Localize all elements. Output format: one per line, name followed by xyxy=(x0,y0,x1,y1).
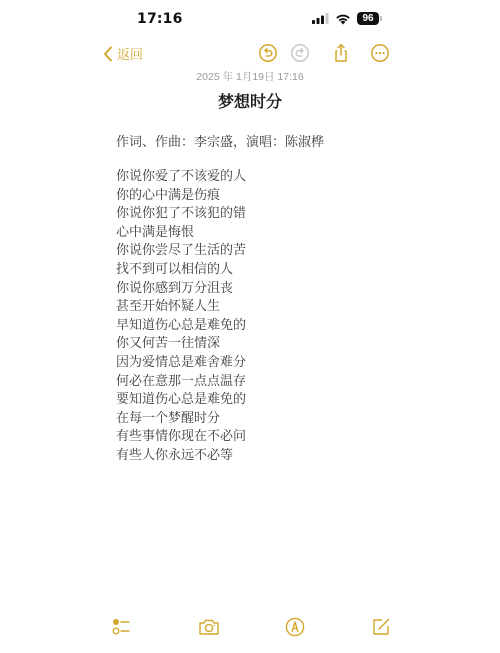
cellular-signal-icon xyxy=(312,13,329,24)
undo-icon[interactable] xyxy=(258,43,278,63)
status-icons: 96 xyxy=(312,12,382,25)
note-title[interactable]: 梦想时分 xyxy=(0,89,500,112)
lyric-line: 你的心中满是伤痕 xyxy=(116,187,246,206)
lyric-line: 早知道伤心总是难免的 xyxy=(116,317,246,336)
lyric-line: 要知道伤心总是难免的 xyxy=(116,391,246,410)
share-icon[interactable] xyxy=(331,43,351,63)
lyric-line: 找不到可以相信的人 xyxy=(116,261,246,280)
lyric-line: 有些人你永远不必等 xyxy=(116,447,246,466)
lyric-line: 你说你感到万分沮丧 xyxy=(116,280,246,299)
lyric-line: 在每一个梦醒时分 xyxy=(116,410,246,429)
more-icon[interactable] xyxy=(370,43,390,63)
back-button[interactable]: 返回 xyxy=(103,44,143,63)
camera-icon[interactable] xyxy=(198,616,220,638)
compose-icon[interactable] xyxy=(370,616,392,638)
lyric-line: 心中满是悔恨 xyxy=(116,224,246,243)
checklist-icon[interactable] xyxy=(111,616,133,638)
lyric-line: 甚至开始怀疑人生 xyxy=(116,298,246,317)
lyric-line: 你又何苦一往情深 xyxy=(116,335,246,354)
markup-icon[interactable] xyxy=(284,616,306,638)
lyric-line: 你说你爱了不该爱的人 xyxy=(116,168,246,187)
redo-icon[interactable] xyxy=(290,43,310,63)
lyric-line: 因为爱情总是难舍难分 xyxy=(116,354,246,373)
chevron-left-icon xyxy=(103,46,113,62)
note-date: 2025 年 1月19日 17:16 xyxy=(0,69,500,84)
wifi-icon xyxy=(335,13,351,25)
lyric-line: 你说你犯了不该犯的错 xyxy=(116,205,246,224)
lyric-line: 你说你尝尽了生活的苦 xyxy=(116,242,246,261)
lyrics-list[interactable]: 你说你爱了不该爱的人 你的心中满是伤痕 你说你犯了不该犯的错 心中满是悔恨 你说… xyxy=(116,168,246,466)
note-credits[interactable]: 作词、作曲：李宗盛，演唱：陈淑桦 xyxy=(116,131,324,150)
back-label: 返回 xyxy=(117,44,143,63)
status-time: 17:16 xyxy=(137,11,183,27)
lyric-line: 有些事情你现在不必问 xyxy=(116,428,246,447)
lyric-line: 何必在意那一点点温存 xyxy=(116,373,246,392)
battery-level: 96 xyxy=(357,12,379,25)
battery-icon xyxy=(380,16,382,21)
